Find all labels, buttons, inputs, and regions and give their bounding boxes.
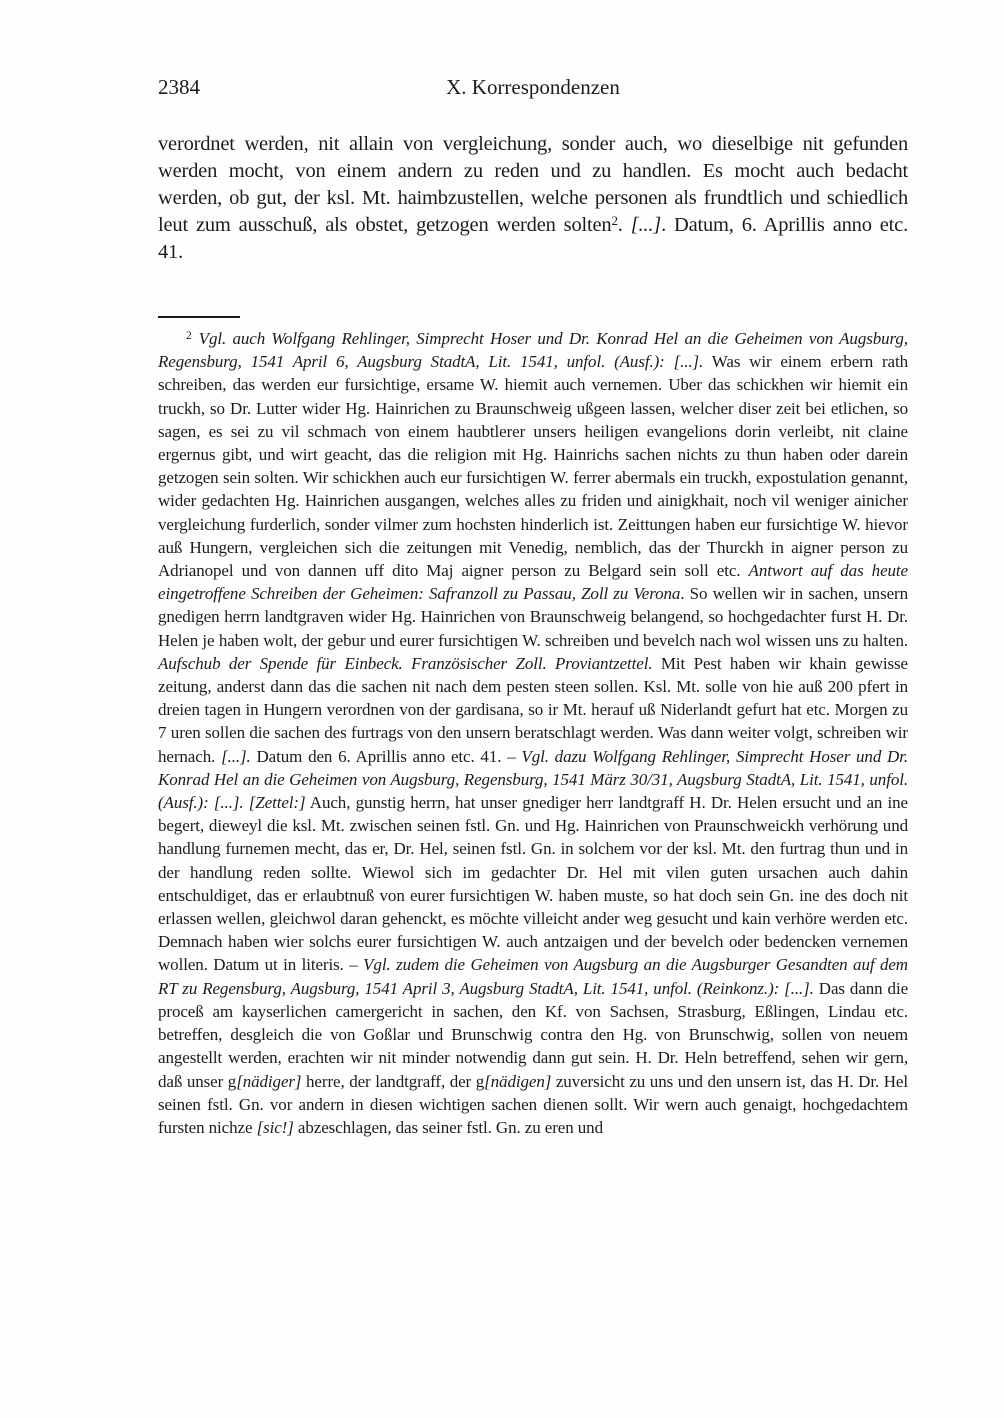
main-text-segment: . xyxy=(618,214,631,236)
book-page: 2384 X. Korrespondenzen verordnet werden… xyxy=(0,0,1004,1418)
footnote-marker: 2 xyxy=(186,330,192,342)
footnote-separator xyxy=(158,316,240,318)
footnote-source-segment: herre, der landtgraff, der g xyxy=(301,1072,484,1091)
footnote-editorial-segment: [...]. xyxy=(221,747,251,766)
editorial-sic-note: [sic!] xyxy=(257,1118,294,1137)
footnote-2: 2Vgl. auch Wolfgang Rehlinger, Simprecht… xyxy=(158,327,908,1139)
footnote-source-segment: Auch, gunstig herrn, hat unser gnediger … xyxy=(158,793,908,974)
footnote-section: 2Vgl. auch Wolfgang Rehlinger, Simprecht… xyxy=(158,327,908,1139)
main-text-block: verordnet werden, nit allain von verglei… xyxy=(158,131,908,266)
footnote-source-segment: abzeschlagen, das seiner fstl. Gn. zu er… xyxy=(294,1118,603,1137)
footnote-reference: 2 xyxy=(611,213,617,228)
footnote-editorial-segment: Aufschub der Spende für Einbeck. Französ… xyxy=(158,654,653,673)
footnote-source-segment: Was wir einem erbern rath schreiben, das… xyxy=(158,352,908,580)
running-head: X. Korrespondenzen xyxy=(158,74,908,100)
editorial-expansion: [nädigen] xyxy=(484,1072,551,1091)
page-header: 2384 X. Korrespondenzen xyxy=(158,74,908,104)
footnote-source-segment: Datum den 6. Aprillis anno etc. 41. – xyxy=(251,747,522,766)
main-paragraph: verordnet werden, nit allain von verglei… xyxy=(158,131,908,266)
editorial-ellipsis: [...] xyxy=(631,214,661,236)
editorial-expansion: [nädiger] xyxy=(236,1072,301,1091)
